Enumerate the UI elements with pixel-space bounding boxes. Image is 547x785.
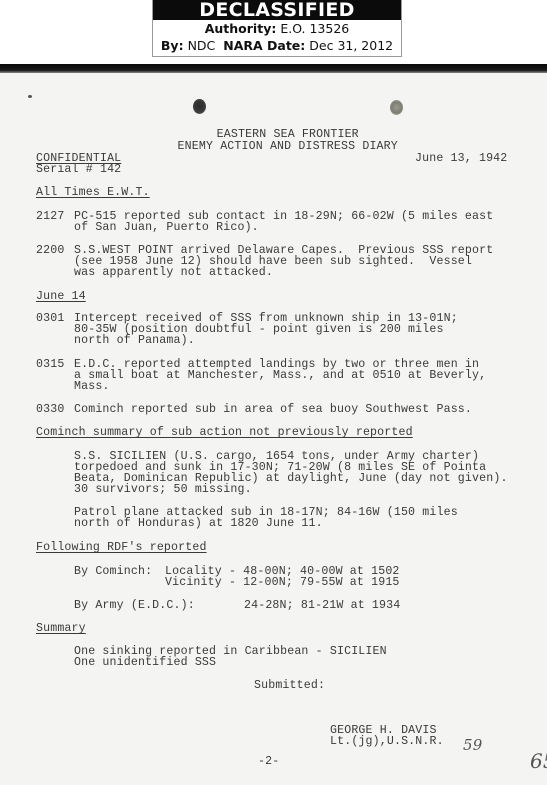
nara-date-line: By: NDC NARA Date: Dec 31, 2012	[153, 37, 401, 54]
entry-text: of San Juan, Puerto Rico).	[74, 222, 259, 234]
entry-time: 0330	[36, 404, 64, 416]
summary-heading: Summary	[36, 623, 86, 635]
rdf-heading: Following RDF's reported	[36, 542, 207, 554]
entry-time: 0315	[36, 359, 64, 371]
june14-heading: June 14	[36, 291, 86, 303]
cominch-summary-heading: Cominch summary of sub action not previo…	[36, 427, 413, 439]
punch-hole-icon	[390, 100, 403, 115]
authority-line: Authority: E.O. 13526	[153, 20, 401, 37]
summary-paragraph-line: north of Honduras) at 1820 June 11.	[74, 518, 323, 530]
entry-time: 2200	[36, 245, 64, 257]
signature-rank: Lt.(jg),U.S.N.R.	[330, 736, 444, 748]
declassification-stamp: DECLASSIFIED Authority: E.O. 13526 By: N…	[152, 0, 402, 57]
entry-text: north of Panama).	[74, 335, 195, 347]
summary-paragraph-line: 30 survivors; 50 missing.	[74, 484, 252, 496]
entry-time: 0301	[36, 313, 64, 325]
diary-date: June 13, 1942	[415, 153, 507, 165]
entry-text: a small boat at Manchester, Mass., and a…	[74, 370, 486, 382]
scan-top-edge	[0, 64, 547, 73]
entry-text: Mass.	[74, 381, 110, 393]
rdf-row: 24-28N; 81-21W at 1934	[244, 600, 400, 612]
submitted-label: Submitted:	[254, 680, 325, 692]
rdf-row: Vicinity - 12-00N; 79-55W at 1915	[165, 577, 400, 589]
rdf-army-label: By Army (E.D.C.):	[74, 600, 195, 612]
handwritten-note: 59	[463, 740, 482, 752]
scan-speck	[28, 95, 32, 98]
times-note: All Times E.W.T.	[36, 187, 150, 199]
rdf-cominch-label: By Cominch:	[74, 566, 152, 578]
handwritten-note: 65	[530, 756, 547, 768]
entry-text: was apparently not attacked.	[74, 267, 273, 279]
declassified-banner: DECLASSIFIED	[153, 0, 401, 20]
page-number: -2-	[258, 756, 279, 768]
summary-line: One unidentified SSS	[74, 657, 216, 669]
serial-number: Serial # 142	[36, 164, 121, 176]
entry-time: 2127	[36, 211, 64, 223]
punch-hole-icon	[193, 99, 206, 114]
document-page: EASTERN SEA FRONTIER ENEMY ACTION AND DI…	[0, 64, 547, 785]
entry-text: Cominch reported sub in area of sea buoy…	[74, 404, 472, 416]
